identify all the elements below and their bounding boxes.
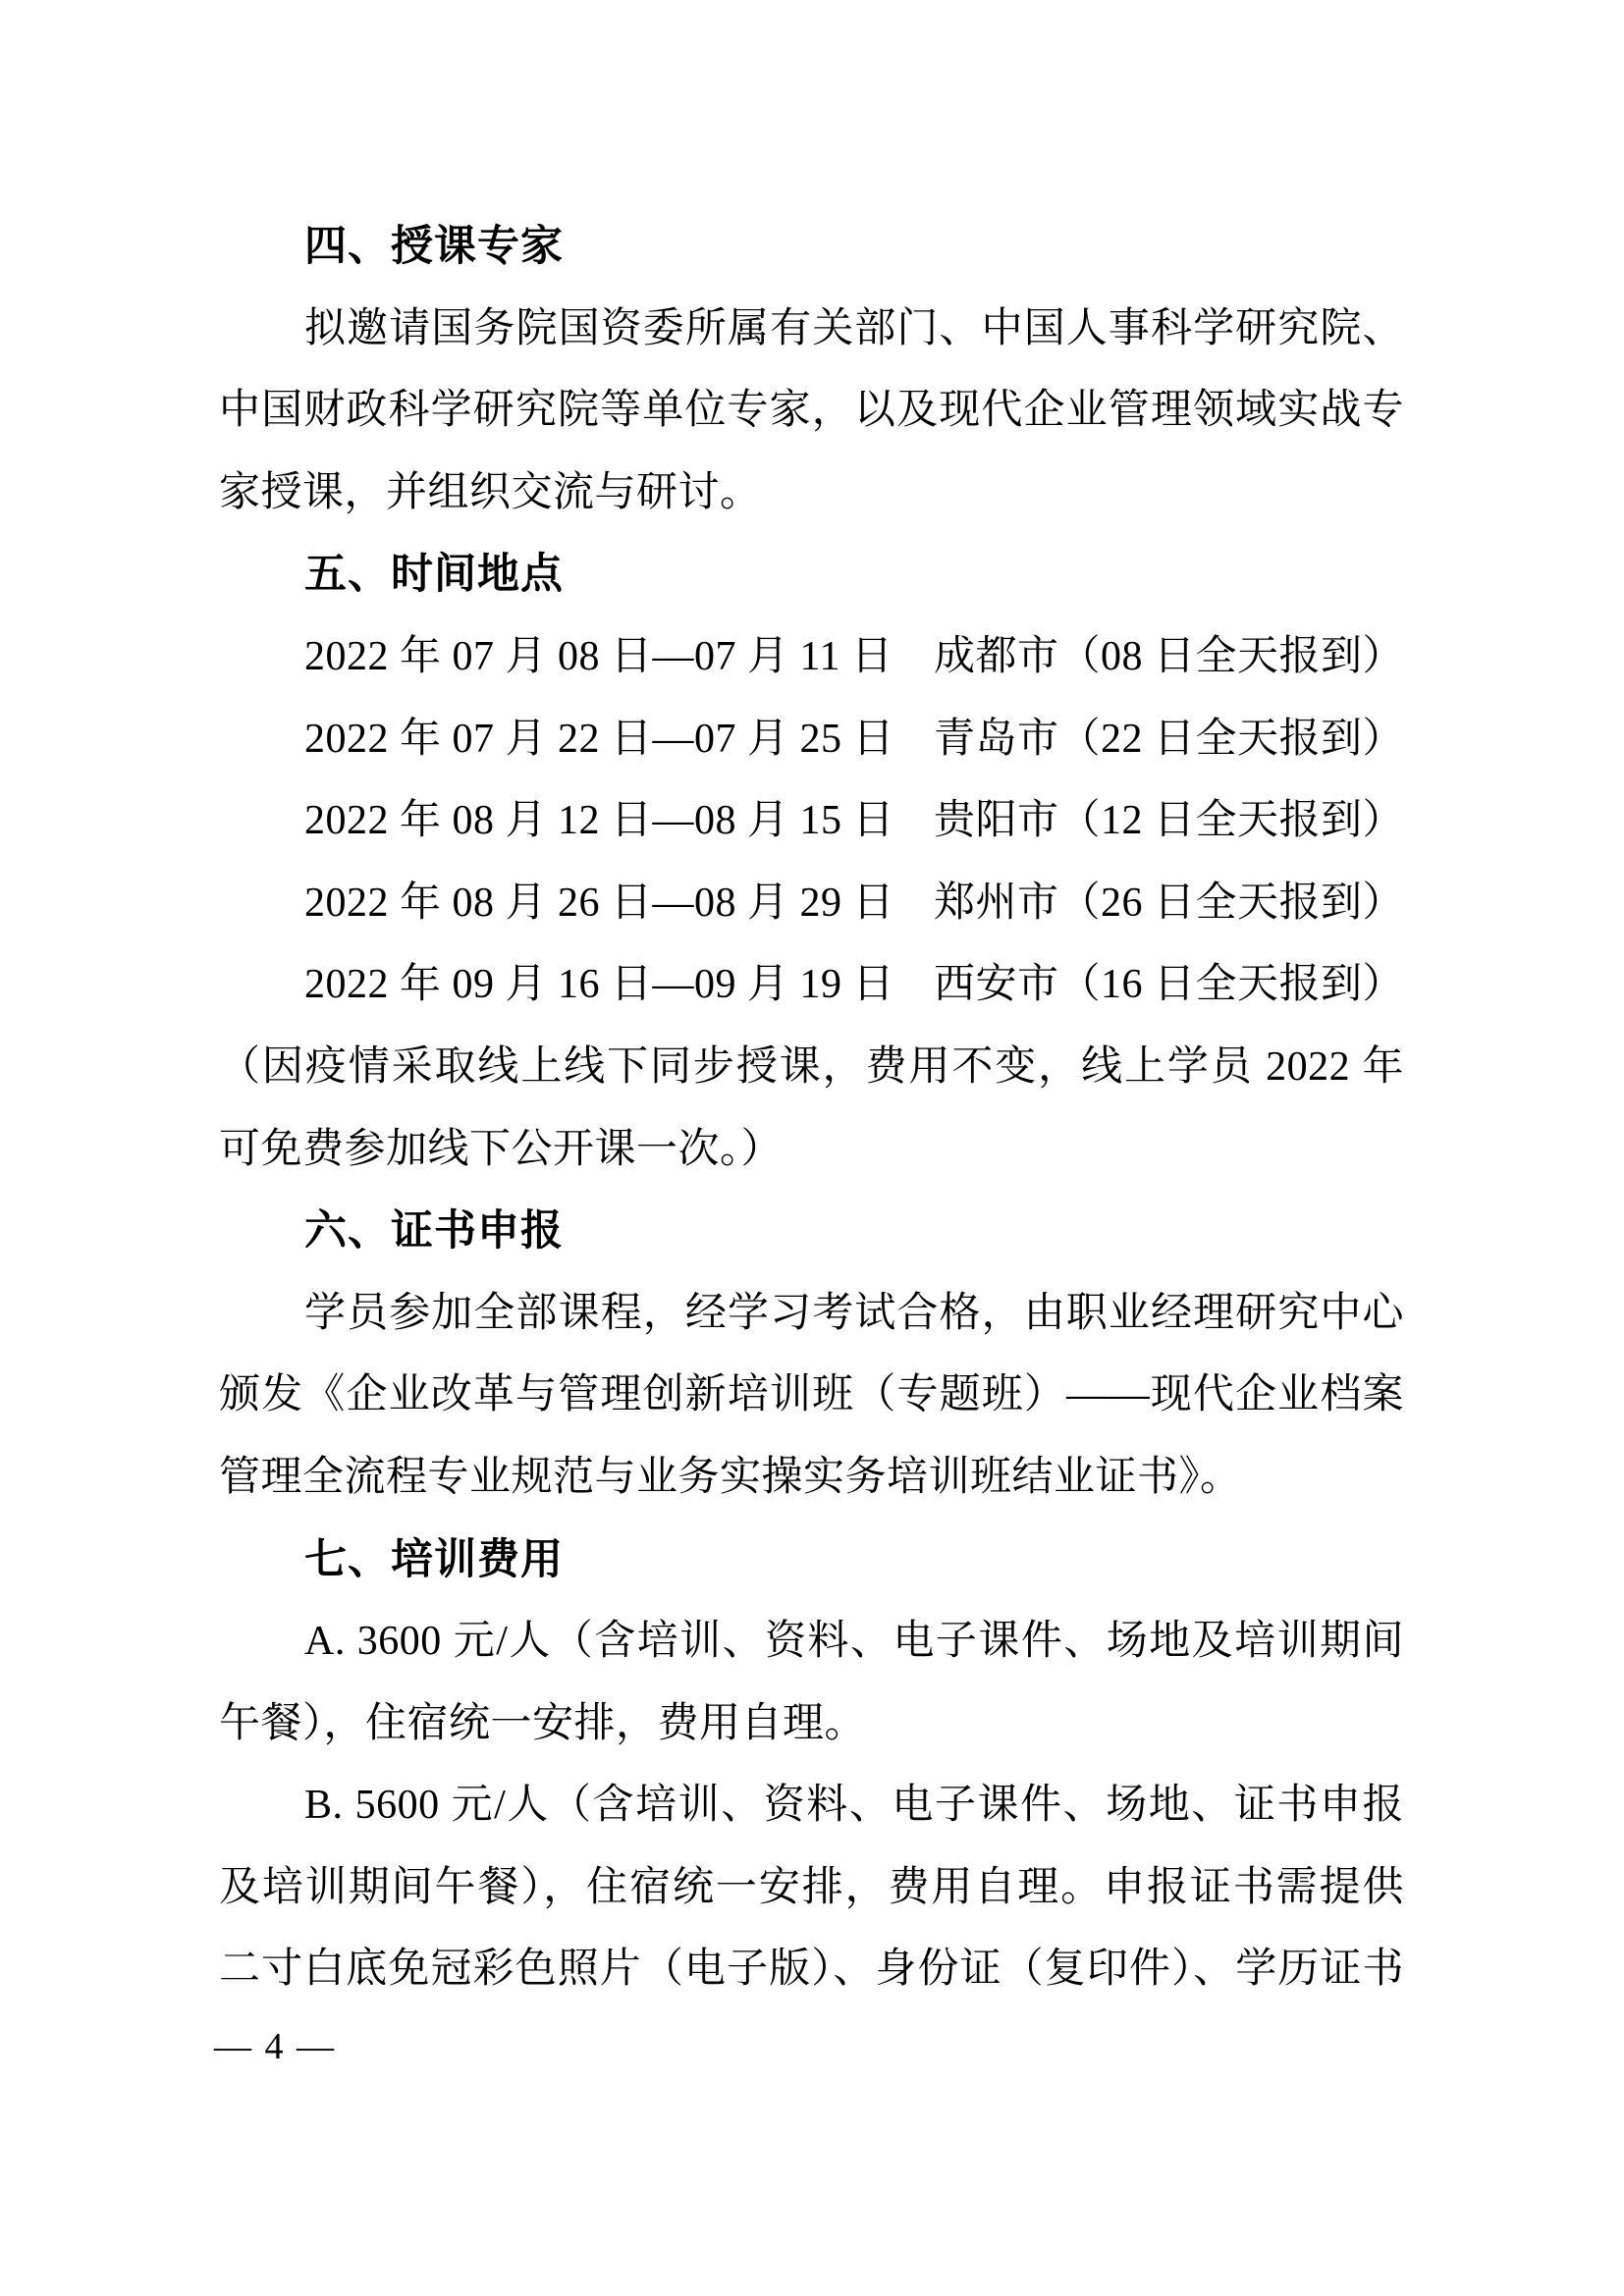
- section-heading-4: 四、授课专家: [219, 206, 1404, 289]
- body-line: 及培训期间午餐），住宿统一安排，费用自理。申报证书需提供: [219, 1847, 1404, 1930]
- schedule-location: 郑州市（26 日全天报到）: [934, 863, 1404, 945]
- section-heading-5: 五、时间地点: [219, 534, 1404, 616]
- schedule-dates: 2022 年 07 月 08 日—07 月 11 日: [304, 616, 893, 699]
- schedule-location: 青岛市（22 日全天报到）: [934, 699, 1404, 781]
- document-page: 四、授课专家 拟邀请国务院国资委所属有关部门、中国人事科学研究院、 中国财政科学…: [0, 0, 1624, 2296]
- schedule-dates: 2022 年 07 月 22 日—07 月 25 日: [304, 699, 894, 781]
- schedule-row: 2022 年 09 月 16 日—09 月 19 日 西安市（16 日全天报到）: [219, 944, 1404, 1027]
- body-line: 管理全流程专业规范与业务实操实务培训班结业证书》。: [219, 1437, 1404, 1520]
- body-line: 可免费参加线下公开课一次。）: [219, 1109, 1404, 1192]
- body-line: 学员参加全部课程，经学习考试合格，由职业经理研究中心: [219, 1273, 1404, 1356]
- page-number: — 4 —: [214, 2022, 336, 2071]
- section-heading-6: 六、证书申报: [219, 1191, 1404, 1273]
- schedule-dates: 2022 年 09 月 16 日—09 月 19 日: [304, 944, 894, 1027]
- schedule-row: 2022 年 07 月 22 日—07 月 25 日 青岛市（22 日全天报到）: [219, 699, 1404, 781]
- section-heading-7: 七、培训费用: [219, 1520, 1404, 1602]
- body-line: 家授课，并组织交流与研讨。: [219, 453, 1404, 535]
- body-line: A. 3600 元/人（含培训、资料、电子课件、场地及培训期间: [219, 1601, 1404, 1683]
- body-line: 中国财政科学研究院等单位专家，以及现代企业管理领域实战专: [219, 370, 1404, 453]
- schedule-location: 成都市（08 日全天报到）: [934, 616, 1404, 699]
- schedule-row: 2022 年 08 月 12 日—08 月 15 日 贵阳市（12 日全天报到）: [219, 780, 1404, 863]
- document-body: 四、授课专家 拟邀请国务院国资委所属有关部门、中国人事科学研究院、 中国财政科学…: [219, 206, 1404, 2011]
- body-line: 拟邀请国务院国资委所属有关部门、中国人事科学研究院、: [219, 289, 1404, 371]
- schedule-dates: 2022 年 08 月 12 日—08 月 15 日: [304, 780, 894, 863]
- schedule-row: 2022 年 07 月 08 日—07 月 11 日 成都市（08 日全天报到）: [219, 616, 1404, 699]
- schedule-location: 西安市（16 日全天报到）: [934, 944, 1404, 1027]
- body-line: （因疫情采取线上线下同步授课，费用不变，线上学员 2022 年: [219, 1027, 1404, 1109]
- schedule-dates: 2022 年 08 月 26 日—08 月 29 日: [304, 863, 894, 945]
- schedule-row: 2022 年 08 月 26 日—08 月 29 日 郑州市（26 日全天报到）: [219, 863, 1404, 945]
- body-line: B. 5600 元/人（含培训、资料、电子课件、场地、证书申报: [219, 1765, 1404, 1847]
- body-line: 午餐），住宿统一安排，费用自理。: [219, 1683, 1404, 1766]
- body-line: 二寸白底免冠彩色照片（电子版）、身份证（复印件）、学历证书: [219, 1929, 1404, 2011]
- schedule-location: 贵阳市（12 日全天报到）: [934, 780, 1404, 863]
- body-line: 颁发《企业改革与管理创新培训班（专题班）——现代企业档案: [219, 1355, 1404, 1437]
